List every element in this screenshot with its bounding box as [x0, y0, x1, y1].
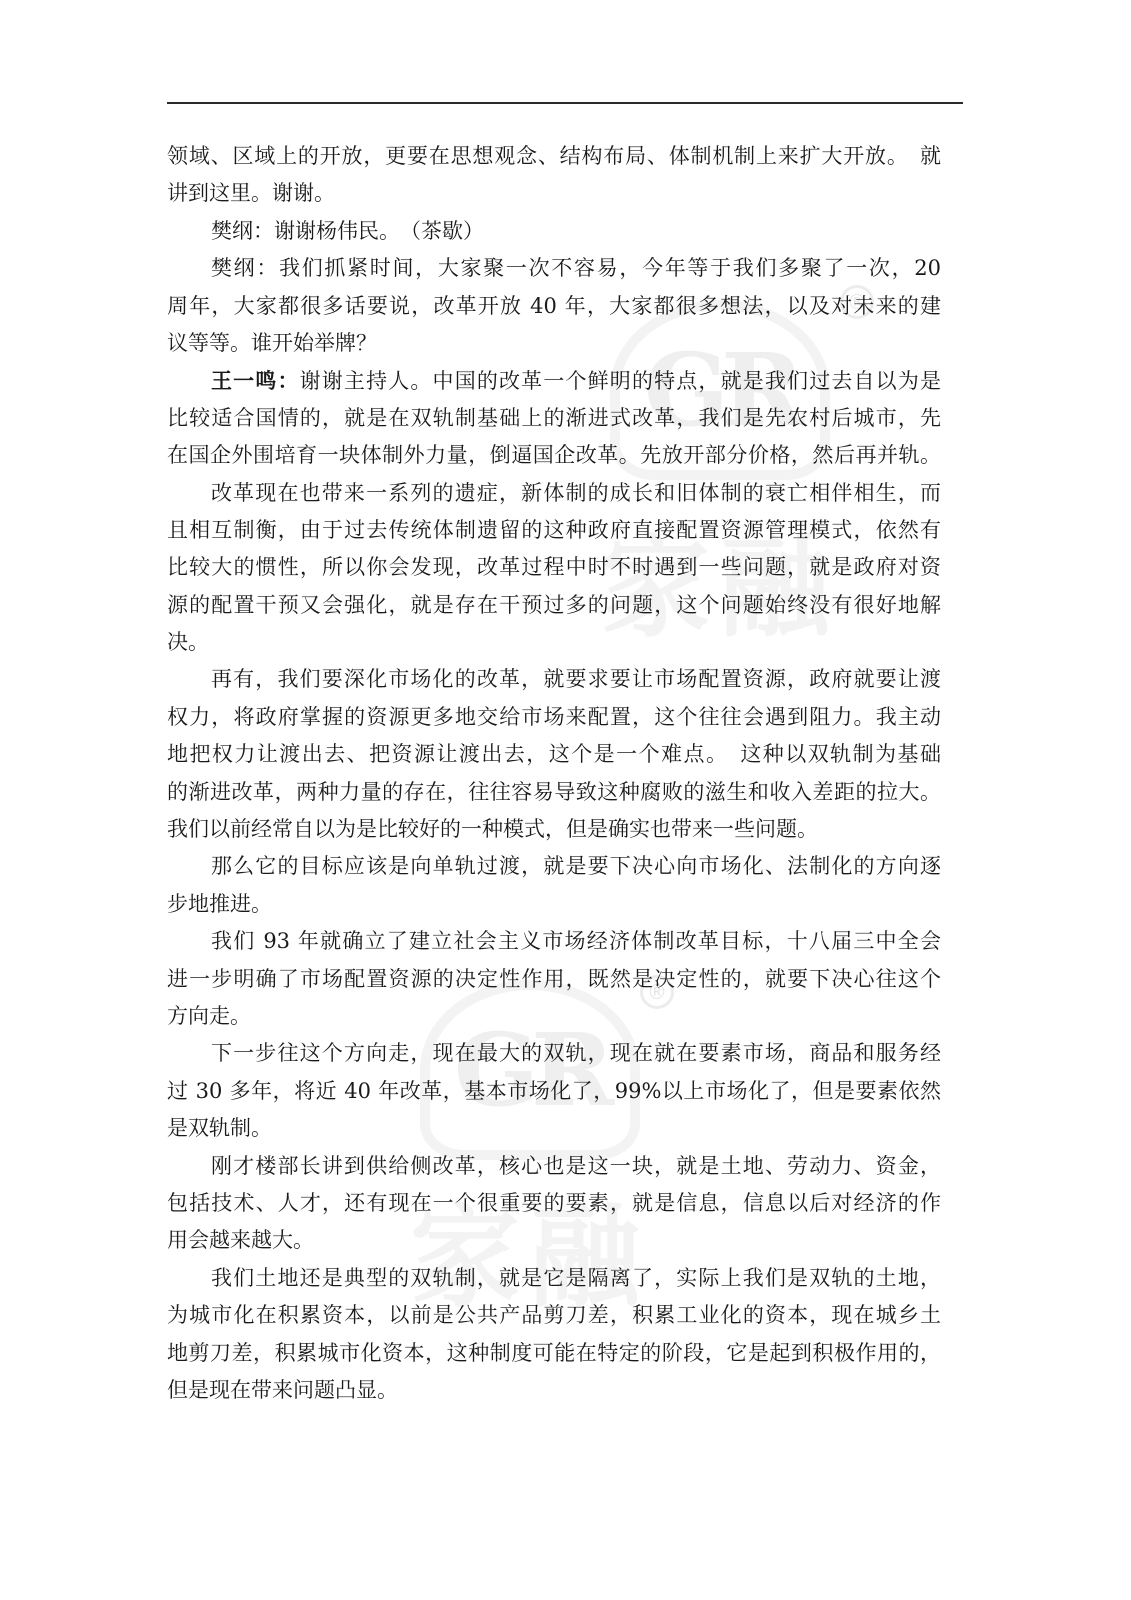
line-text: 地剪刀差，积累城市化资本，这种制度可能在特定的阶段，它是起到积极作用的， [167, 1341, 941, 1365]
text-line: 改革现在也带来一系列的遗症，新体制的成长和旧体制的衰亡相伴相生，而 [167, 475, 941, 512]
text-line: 刚才楼部长讲到供给侧改革，核心也是这一块，就是土地、劳动力、资金， [167, 1148, 941, 1185]
text-line: 且相互制衡，由于过去传统体制遗留的这种政府直接配置资源管理模式，依然有 [167, 512, 941, 549]
line-text: 用会越来越大。 [167, 1228, 314, 1252]
line-text: 权力，将政府掌握的资源更多地交给市场来配置，这个往往会遇到阻力。我主动 [167, 705, 941, 729]
line-text: 再有，我们要深化市场化的改革，就要求要让市场配置资源，政府就要让渡 [211, 667, 941, 691]
text-line: 但是现在带来问题凸显。 [167, 1372, 941, 1409]
text-line: 我们以前经常自以为是比较好的一种模式，但是确实也带来一些问题。 [167, 811, 941, 848]
text-line: 樊纲：谢谢杨伟民。 （茶歇） [167, 213, 941, 250]
speaker-name: 王一鸣： [211, 368, 300, 393]
line-text: 我们抓紧时间，大家聚一次不容易，今年等于我们多聚了一次，20 [279, 256, 941, 280]
line-text: 周年，大家都很多话要说，改革开放 40 年，大家都很多想法，以及对未来的建 [167, 294, 941, 318]
text-line: 我们 93 年就确立了建立社会主义市场经济体制改革目标，十八届三中全会 [167, 923, 941, 960]
line-text: 决。 [167, 630, 209, 654]
line-text: 刚才楼部长讲到供给侧改革，核心也是这一块，就是土地、劳动力、资金， [211, 1154, 941, 1178]
line-text: 我们以前经常自以为是比较好的一种模式，但是确实也带来一些问题。 [167, 817, 818, 841]
line-text: 但是现在带来问题凸显。 [167, 1378, 398, 1402]
line-text: 的渐进改革，两种力量的存在，往往容易导致这种腐败的滋生和收入差距的拉大。 [167, 780, 941, 804]
line-text: 比较大的惯性，所以你会发现，改革过程中时不时遇到一些问题，就是政府对资 [167, 555, 941, 579]
line-text: 下一步往这个方向走，现在最大的双轨，现在就在要素市场，商品和服务经 [211, 1041, 941, 1065]
text-line: 权力，将政府掌握的资源更多地交给市场来配置，这个往往会遇到阻力。我主动 [167, 699, 941, 736]
header-rule [167, 102, 963, 104]
text-line: 王一鸣：谢谢主持人。中国的改革一个鲜明的特点，就是我们过去自以为是 [167, 362, 941, 399]
line-text: 源的配置干预又会强化，就是存在干预过多的问题，这个问题始终没有很好地解 [167, 593, 941, 617]
text-line: 在国企外围培育一块体制外力量，倒逼国企改革。先放开部分价格，然后再并轨。 [167, 437, 941, 474]
text-line: 地把权力让渡出去、把资源让渡出去，这个是一个难点。 这种以双轨制为基础 [167, 736, 941, 773]
text-line: 过 30 多年，将近 40 年改革，基本市场化了，99%以上市场化了，但是要素依… [167, 1073, 941, 1110]
line-text: 比较适合国情的，就是在双轨制基础上的渐进式改革，我们是先农村后城市，先 [167, 406, 941, 430]
text-line: 是双轨制。 [167, 1110, 941, 1147]
text-line: 进一步明确了市场配置资源的决定性作用，既然是决定性的，就要下决心往这个 [167, 961, 941, 998]
line-text: 地把权力让渡出去、把资源让渡出去，这个是一个难点。 这种以双轨制为基础 [167, 742, 941, 766]
document-body: 领域、区域上的开放，更要在思想观念、结构布局、体制机制上来扩大开放。 就讲到这里… [167, 138, 967, 1409]
line-text: 谢谢杨伟民。 （茶歇） [274, 219, 484, 243]
line-text: 包括技术、人才，还有现在一个很重要的要素，就是信息，信息以后对经济的作 [167, 1191, 941, 1215]
text-line: 议等等。谁开始举牌？ [167, 325, 941, 362]
text-line: 周年，大家都很多话要说，改革开放 40 年，大家都很多想法，以及对未来的建 [167, 288, 941, 325]
line-text: 谢谢主持人。中国的改革一个鲜明的特点，就是我们过去自以为是 [300, 369, 941, 393]
line-text: 我们土地还是典型的双轨制，就是它是隔离了，实际上我们是双轨的土地， [211, 1266, 941, 1290]
line-text: 进一步明确了市场配置资源的决定性作用，既然是决定性的，就要下决心往这个 [167, 967, 941, 991]
line-text: 为城市化在积累资本，以前是公共产品剪刀差，积累工业化的资本，现在城乡土 [167, 1303, 941, 1327]
text-line: 比较适合国情的，就是在双轨制基础上的渐进式改革，我们是先农村后城市，先 [167, 400, 941, 437]
text-line: 为城市化在积累资本，以前是公共产品剪刀差，积累工业化的资本，现在城乡土 [167, 1297, 941, 1334]
text-line: 再有，我们要深化市场化的改革，就要求要让市场配置资源，政府就要让渡 [167, 661, 941, 698]
line-text: 议等等。谁开始举牌？ [167, 331, 377, 355]
text-line: 地剪刀差，积累城市化资本，这种制度可能在特定的阶段，它是起到积极作用的， [167, 1335, 941, 1372]
text-line: 比较大的惯性，所以你会发现，改革过程中时不时遇到一些问题，就是政府对资 [167, 549, 941, 586]
text-line: 的渐进改革，两种力量的存在，往往容易导致这种腐败的滋生和收入差距的拉大。 [167, 774, 941, 811]
text-line: 讲到这里。谢谢。 [167, 175, 941, 212]
text-line: 决。 [167, 624, 941, 661]
document-page: GR ® 家融 GR ® 家融 领域、区域上的开放，更要在思想观念、结构布局、体… [0, 0, 1131, 1600]
line-text: 在国企外围培育一块体制外力量，倒逼国企改革。先放开部分价格，然后再并轨。 [167, 443, 941, 467]
line-text: 领域、区域上的开放，更要在思想观念、结构布局、体制机制上来扩大开放。 就 [167, 144, 941, 168]
text-line: 包括技术、人才，还有现在一个很重要的要素，就是信息，信息以后对经济的作 [167, 1185, 941, 1222]
line-text: 是双轨制。 [167, 1116, 272, 1140]
text-line: 领域、区域上的开放，更要在思想观念、结构布局、体制机制上来扩大开放。 就 [167, 138, 941, 175]
speaker-name: 樊纲： [211, 256, 279, 280]
text-line: 方向走。 [167, 998, 941, 1035]
text-line: 用会越来越大。 [167, 1222, 941, 1259]
line-text: 且相互制衡，由于过去传统体制遗留的这种政府直接配置资源管理模式，依然有 [167, 518, 941, 542]
text-line: 那么它的目标应该是向单轨过渡，就是要下决心向市场化、法制化的方向逐 [167, 848, 941, 885]
text-line: 我们土地还是典型的双轨制，就是它是隔离了，实际上我们是双轨的土地， [167, 1260, 941, 1297]
line-text: 方向走。 [167, 1004, 251, 1028]
line-text: 过 30 多年，将近 40 年改革，基本市场化了，99%以上市场化了，但是要素依… [167, 1079, 941, 1103]
line-text: 讲到这里。谢谢。 [167, 181, 335, 205]
line-text: 我们 93 年就确立了建立社会主义市场经济体制改革目标，十八届三中全会 [211, 929, 941, 953]
text-line: 樊纲：我们抓紧时间，大家聚一次不容易，今年等于我们多聚了一次，20 [167, 250, 941, 287]
text-line: 步地推进。 [167, 886, 941, 923]
text-line: 源的配置干预又会强化，就是存在干预过多的问题，这个问题始终没有很好地解 [167, 587, 941, 624]
line-text: 改革现在也带来一系列的遗症，新体制的成长和旧体制的衰亡相伴相生，而 [211, 481, 941, 505]
text-line: 下一步往这个方向走，现在最大的双轨，现在就在要素市场，商品和服务经 [167, 1035, 941, 1072]
line-text: 步地推进。 [167, 892, 272, 916]
line-text: 那么它的目标应该是向单轨过渡，就是要下决心向市场化、法制化的方向逐 [211, 854, 941, 878]
speaker-name: 樊纲： [211, 219, 274, 243]
